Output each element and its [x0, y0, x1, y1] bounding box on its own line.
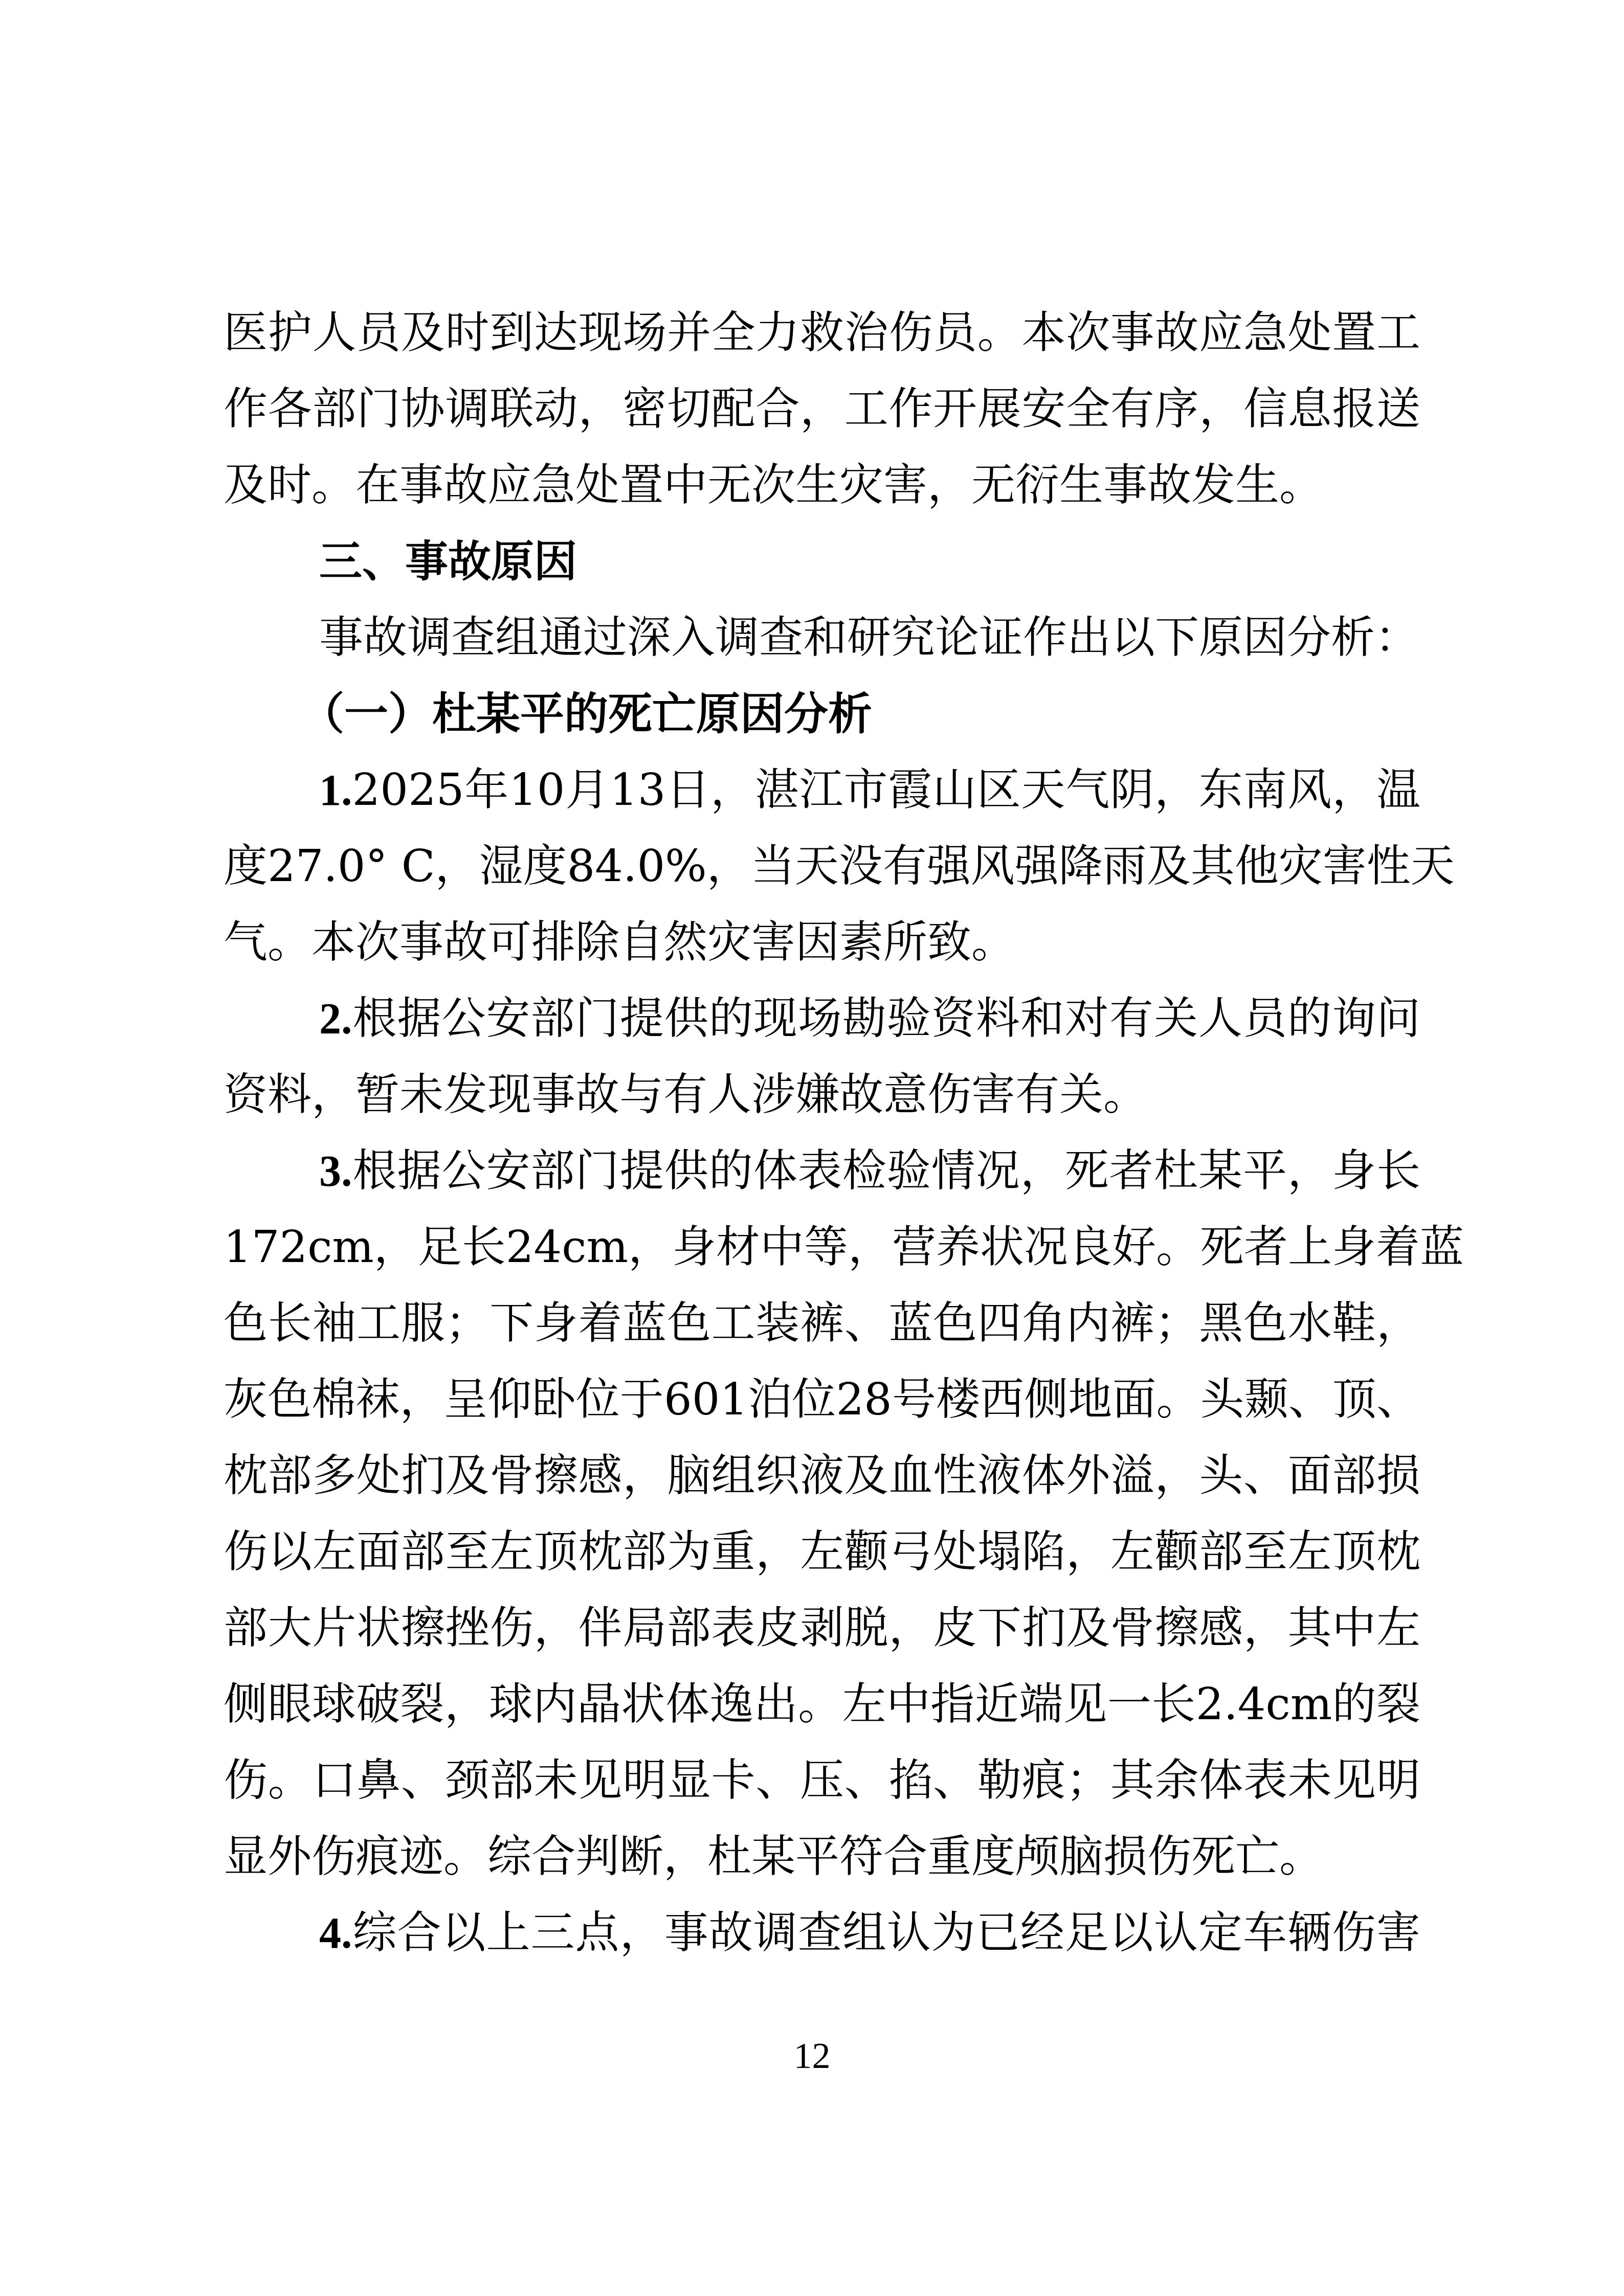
paragraph-line: 部大片状擦挫伤，伴局部表皮剥脱，皮下扪及骨擦感，其中左 [224, 1590, 1420, 1667]
item-number: 3. [319, 1146, 352, 1196]
item-number: 2. [319, 994, 352, 1043]
item-text: 根据公安部门提供的现场勘验资料和对有关人员的询问 [352, 993, 1421, 1044]
paragraph-line: 度27.0° C，湿度84.0%，当天没有强风强降雨及其他灾害性天 [224, 828, 1420, 905]
paragraph-line: 枕部多处扪及骨擦感，脑组织液及血性液体外溢，头、面部损 [224, 1438, 1420, 1514]
paragraph-line: 及时。在事故应急处置中无次生灾害，无衍生事故发生。 [224, 447, 1420, 524]
list-item-3: 3.根据公安部门提供的体表检验情况，死者杜某平，身长 [224, 1133, 1420, 1209]
paragraph-line: 伤。口鼻、颈部未见明显卡、压、掐、勒痕；其余体表未见明 [224, 1743, 1420, 1819]
subsection-heading: （一）杜某平的死亡原因分析 [224, 676, 1420, 752]
item-text: 2025年10月13日，湛江市霞山区天气阴，东南风，温 [352, 764, 1421, 816]
paragraph-line: 医护人员及时到达现场并全力救治伤员。本次事故应急处置工 [224, 295, 1420, 371]
paragraph-line: 气。本次事故可排除自然灾害因素所致。 [224, 905, 1420, 981]
item-text: 根据公安部门提供的体表检验情况，死者杜某平，身长 [352, 1145, 1421, 1197]
item-text: 综合以上三点，事故调查组认为已经足以认定车辆伤害 [352, 1907, 1421, 1959]
paragraph-line: 事故调查组通过深入调查和研究论证作出以下原因分析： [224, 600, 1420, 676]
paragraph-line: 作各部门协调联动，密切配合，工作开展安全有序，信息报送 [224, 371, 1420, 447]
paragraph-line: 侧眼球破裂，球内晶状体逸出。左中指近端见一长2.4cm的裂 [224, 1667, 1420, 1743]
paragraph-line: 显外伤痕迹。综合判断，杜某平符合重度颅脑损伤死亡。 [224, 1819, 1420, 1895]
item-number: 4. [319, 1908, 352, 1957]
list-item-2: 2.根据公安部门提供的现场勘验资料和对有关人员的询问 [224, 981, 1420, 1057]
paragraph-line: 伤以左面部至左顶枕部为重，左颧弓处塌陷，左颧部至左顶枕 [224, 1514, 1420, 1590]
paragraph-line: 172cm，足长24cm，身材中等，营养状况良好。死者上身着蓝 [224, 1209, 1420, 1286]
section-heading: 三、事故原因 [224, 524, 1420, 600]
list-item-1: 1.2025年10月13日，湛江市霞山区天气阴，东南风，温 [224, 752, 1420, 828]
document-page: 医护人员及时到达现场并全力救治伤员。本次事故应急处置工 作各部门协调联动，密切配… [0, 0, 1624, 2296]
paragraph-line: 色长袖工服；下身着蓝色工装裤、蓝色四角内裤；黑色水鞋， [224, 1286, 1420, 1362]
list-item-4: 4.综合以上三点，事故调查组认为已经足以认定车辆伤害 [224, 1895, 1420, 1971]
paragraph-line: 灰色棉袜，呈仰卧位于601泊位28号楼西侧地面。头颞、顶、 [224, 1362, 1420, 1438]
page-number: 12 [0, 2033, 1624, 2079]
body-text: 医护人员及时到达现场并全力救治伤员。本次事故应急处置工 作各部门协调联动，密切配… [224, 295, 1420, 1971]
item-number: 1. [319, 766, 352, 815]
paragraph-line: 资料，暂未发现事故与有人涉嫌故意伤害有关。 [224, 1057, 1420, 1133]
